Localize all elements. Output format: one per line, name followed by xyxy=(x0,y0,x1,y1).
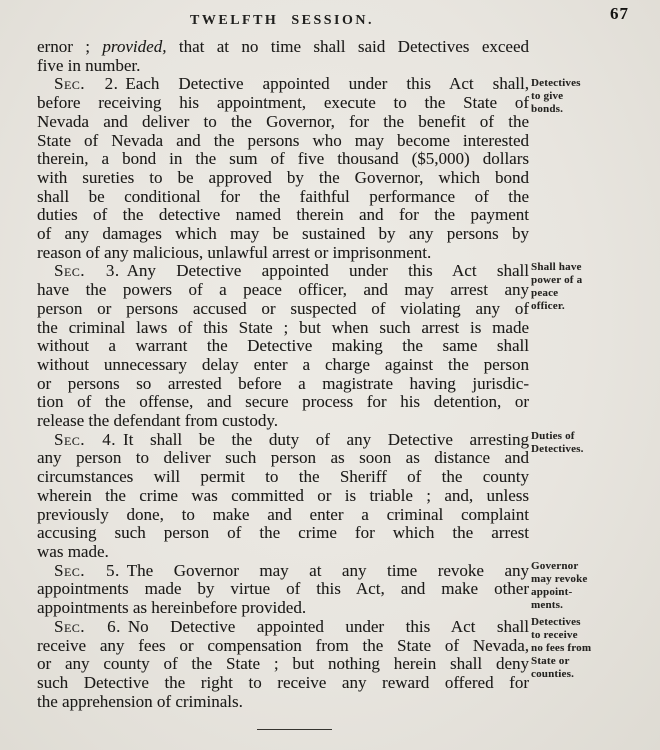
margin-note: Governor may revoke appoint- ments. xyxy=(531,560,653,612)
text-line: release the defendant from custody. xyxy=(37,412,529,431)
text-span: that at no time shall said Detectives ex… xyxy=(166,37,529,56)
text-line: receive any fees or compensation from th… xyxy=(37,637,529,656)
text-line: therein, a bond in the sum of five thous… xyxy=(37,150,529,169)
text-line: the criminal laws of this State ; but wh… xyxy=(37,319,529,338)
text-span: No Detective appointed under this Act sh… xyxy=(128,617,529,636)
margin-note: Shall have power of a peace officer. xyxy=(531,261,653,313)
text-span: Any Detective appointed under this Act s… xyxy=(127,261,529,280)
text-line: or any county of the State ; but nothing… xyxy=(37,655,529,674)
text-line: ernor ; provided, that at no time shall … xyxy=(37,38,529,57)
text-line: accusing such person of the crime for wh… xyxy=(37,524,529,543)
text-span: ernor ; xyxy=(37,37,102,56)
italic-proviso: provided, xyxy=(102,37,166,56)
text-span: The Governor may at any time revoke any xyxy=(127,561,529,580)
text-line: was made. xyxy=(37,543,529,562)
page-number: 67 xyxy=(610,4,629,24)
text-span: It shall be the duty of any Detective ar… xyxy=(123,430,529,449)
text-line: any person to deliver such person as soo… xyxy=(37,449,529,468)
text-line: without unnecessary delay enter a charge… xyxy=(37,356,529,375)
text-line: shall be conditional for the faithful pe… xyxy=(37,188,529,207)
statute-text-column: ernor ; provided, that at no time shall … xyxy=(37,38,529,711)
text-line: without a warrant the Detective making t… xyxy=(37,337,529,356)
text-line: Sec. 2.Each Detective appointed under th… xyxy=(37,75,529,94)
section-label: Sec. 3. xyxy=(54,261,120,280)
text-line: circumstances will permit to the Sheriff… xyxy=(37,468,529,487)
text-line: tion of the offense, and secure process … xyxy=(37,393,529,412)
text-line: have the powers of a peace officer, and … xyxy=(37,281,529,300)
text-line: Sec. 5.The Governor may at any time revo… xyxy=(37,562,529,581)
text-line: before receiving his appointment, execut… xyxy=(37,94,529,113)
running-head: TWELFTH SESSION. xyxy=(36,13,528,29)
end-of-act-divider xyxy=(257,729,332,730)
text-line: such Detective the right to receive any … xyxy=(37,674,529,693)
text-line: Sec. 4.It shall be the duty of any Detec… xyxy=(37,431,529,450)
text-line: person or persons accused or suspected o… xyxy=(37,300,529,319)
section-label: Sec. 6. xyxy=(54,617,121,636)
text-line: five in number. xyxy=(37,57,529,76)
text-line: State of Nevada and the persons who may … xyxy=(37,132,529,151)
margin-note: Detectives to receive no fees from State… xyxy=(531,616,653,681)
text-line: Sec. 6.No Detective appointed under this… xyxy=(37,618,529,637)
margin-note: Detectives to give bonds. xyxy=(531,77,653,116)
section-label: Sec. 5. xyxy=(54,561,120,580)
text-line: wherein the crime was committed or is tr… xyxy=(37,487,529,506)
text-line: Nevada and deliver to the Governor, for … xyxy=(37,113,529,132)
text-line: the apprehension of criminals. xyxy=(37,693,529,712)
section-label: Sec. 2. xyxy=(54,74,118,93)
text-line: appointments made by virtue of this Act,… xyxy=(37,580,529,599)
text-line: duties of the detective named therein an… xyxy=(37,206,529,225)
text-span: Each Detective appointed under this Act … xyxy=(125,74,529,93)
margin-note: Duties of Detectives. xyxy=(531,430,653,456)
text-line: reason of any malicious, unlawful arrest… xyxy=(37,244,529,263)
text-line: or persons so arrested before a magistra… xyxy=(37,375,529,394)
text-line: of any damages which may be sustained by… xyxy=(37,225,529,244)
section-label: Sec. 4. xyxy=(54,430,116,449)
text-line: appointments as hereinbefore provided. xyxy=(37,599,529,618)
text-line: Sec. 3.Any Detective appointed under thi… xyxy=(37,262,529,281)
text-line: previously done, to make and enter a cri… xyxy=(37,506,529,525)
text-line: with sureties to be approved by the Gove… xyxy=(37,169,529,188)
scanned-statute-page: TWELFTH SESSION. 67 ernor ; provided, th… xyxy=(0,0,660,750)
